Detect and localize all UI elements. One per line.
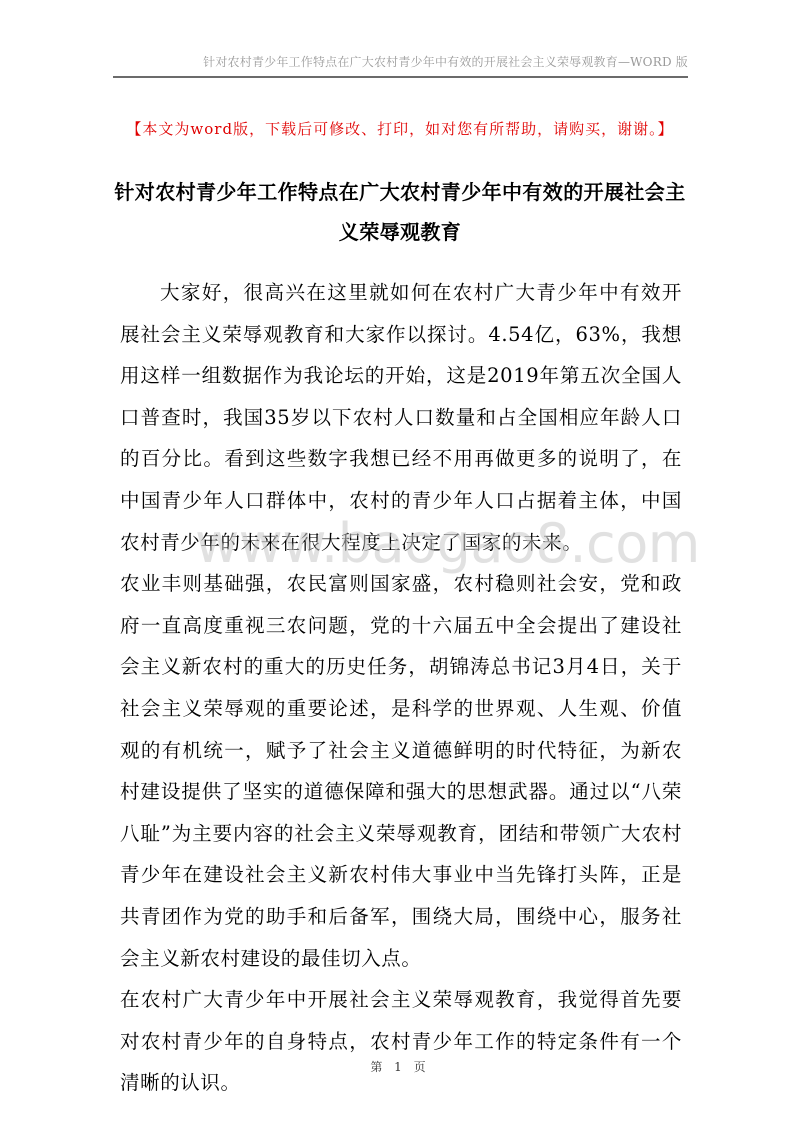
paragraph-2: 农业丰则基础强，农民富则国家盛，农村稳则社会安，党和政府一直高度重视三农问题，党… (120, 563, 682, 979)
paragraph-3: 在农村广大青少年中开展社会主义荣辱观教育，我觉得首先要对农村青少年的自身特点，农… (120, 979, 682, 1104)
running-header-title: 针对农村青少年工作特点在广大农村青少年中有效的开展社会主义荣辱观教育—WORD … (203, 55, 688, 69)
page-number: 第 1 页 (0, 1058, 800, 1075)
paragraph-1: 大家好，很高兴在这里就如何在农村广大青少年中有效开展社会主义荣辱观教育和大家作以… (120, 272, 682, 563)
purchase-notice: 【本文为word版，下载后可修改、打印，如对您有所帮助，请购买，谢谢。】 (0, 118, 800, 139)
document-body: 大家好，很高兴在这里就如何在农村广大青少年中有效开展社会主义荣辱观教育和大家作以… (120, 272, 682, 1104)
running-header: 针对农村青少年工作特点在广大农村青少年中有效的开展社会主义荣辱观教育—WORD … (113, 52, 688, 78)
document-title: 针对农村青少年工作特点在广大农村青少年中有效的开展社会主义荣辱观教育 (110, 172, 690, 252)
